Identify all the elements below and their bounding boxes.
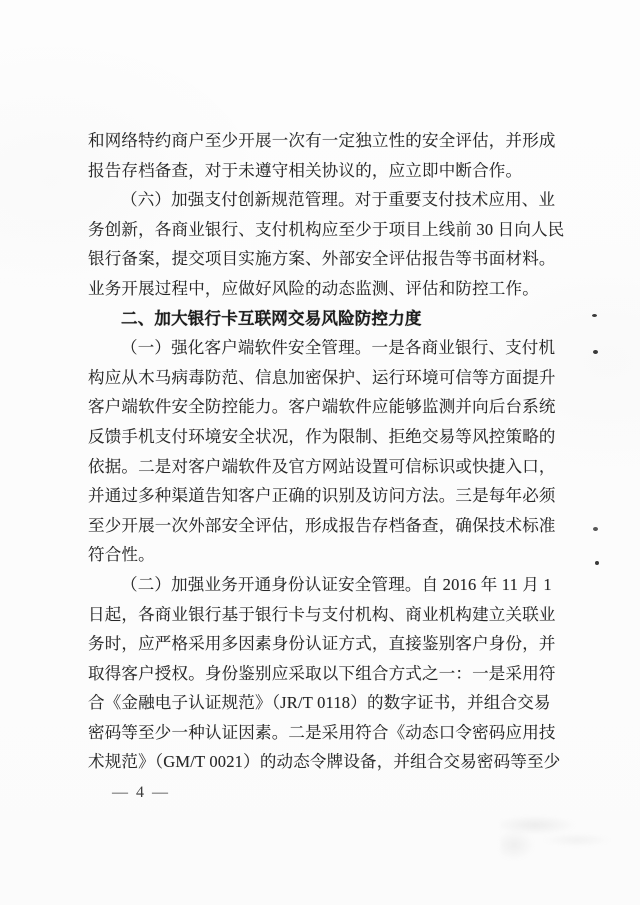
- paragraph-start-line: （六）加强支付创新规范管理。对于重要支付技术应用、业: [88, 185, 562, 215]
- text-line: 密码等至少一种认证因素。二是采用符合《动态口令密码应用技: [88, 718, 562, 748]
- section-heading: 二、加大银行卡互联网交易风险防控力度: [88, 304, 562, 334]
- text-line: 日起，各商业银行基于银行卡与支付机构、商业机构建立关联业: [88, 600, 562, 630]
- text-line: 符合性。: [88, 540, 562, 570]
- text-line: 至少开展一次外部安全评估，形成报告存档备查，确保技术标准: [88, 511, 562, 541]
- text-line: 依据。二是对客户端软件及官方网站设置可信标识或快捷入口，: [88, 452, 562, 482]
- document-body-text: 和网络特约商户至少开展一次有一定独立性的安全评估，并形成 报告存档备查，对于未遵…: [88, 126, 562, 777]
- paragraph-start-line: （一）强化客户端软件安全管理。一是各商业银行、支付机: [88, 333, 562, 363]
- text-line: 合《金融电子认证规范》（JR/T 0118）的数字证书，并组合交易: [88, 688, 562, 718]
- scan-speck: [592, 314, 597, 317]
- text-line: 反馈手机支付环境安全状况，作为限制、拒绝交易等风控策略的: [88, 422, 562, 452]
- document-page: 和网络特约商户至少开展一次有一定独立性的安全评估，并形成 报告存档备查，对于未遵…: [0, 0, 640, 905]
- text-line: 银行备案，提交项目实施方案、外部安全评估报告等书面材料。: [88, 244, 562, 274]
- scan-speck: [593, 350, 598, 354]
- text-line: 报告存档备查，对于未遵守相关协议的，应立即中断合作。: [88, 156, 562, 186]
- paragraph-start-line: （二）加强业务开通身份认证安全管理。自 2016 年 11 月 1: [88, 570, 562, 600]
- text-line: 术规范》（GM/T 0021）的动态令牌设备，并组合交易密码等至少: [88, 747, 562, 777]
- scan-speck: [593, 527, 598, 531]
- text-line: 取得客户授权。身份鉴别应采取以下组合方式之一：一是采用符: [88, 659, 562, 689]
- scan-smudge: [500, 795, 640, 895]
- page-number: — 4 —: [112, 784, 170, 802]
- text-line: 和网络特约商户至少开展一次有一定独立性的安全评估，并形成: [88, 126, 562, 156]
- text-line: 务时，应严格采用多因素身份认证方式，直接鉴别客户身份，并: [88, 629, 562, 659]
- text-line: 业务开展过程中，应做好风险的动态监测、评估和防控工作。: [88, 274, 562, 304]
- text-line: 客户端软件安全防控能力。客户端软件应能够监测并向后台系统: [88, 392, 562, 422]
- scan-speck: [595, 561, 599, 565]
- text-line: 务创新，各商业银行、支付机构应至少于项目上线前 30 日向人民: [88, 215, 562, 245]
- text-line: 并通过多种渠道告知客户正确的识别及访问方法。三是每年必须: [88, 481, 562, 511]
- text-line: 构应从木马病毒防范、信息加密保护、运行环境可信等方面提升: [88, 363, 562, 393]
